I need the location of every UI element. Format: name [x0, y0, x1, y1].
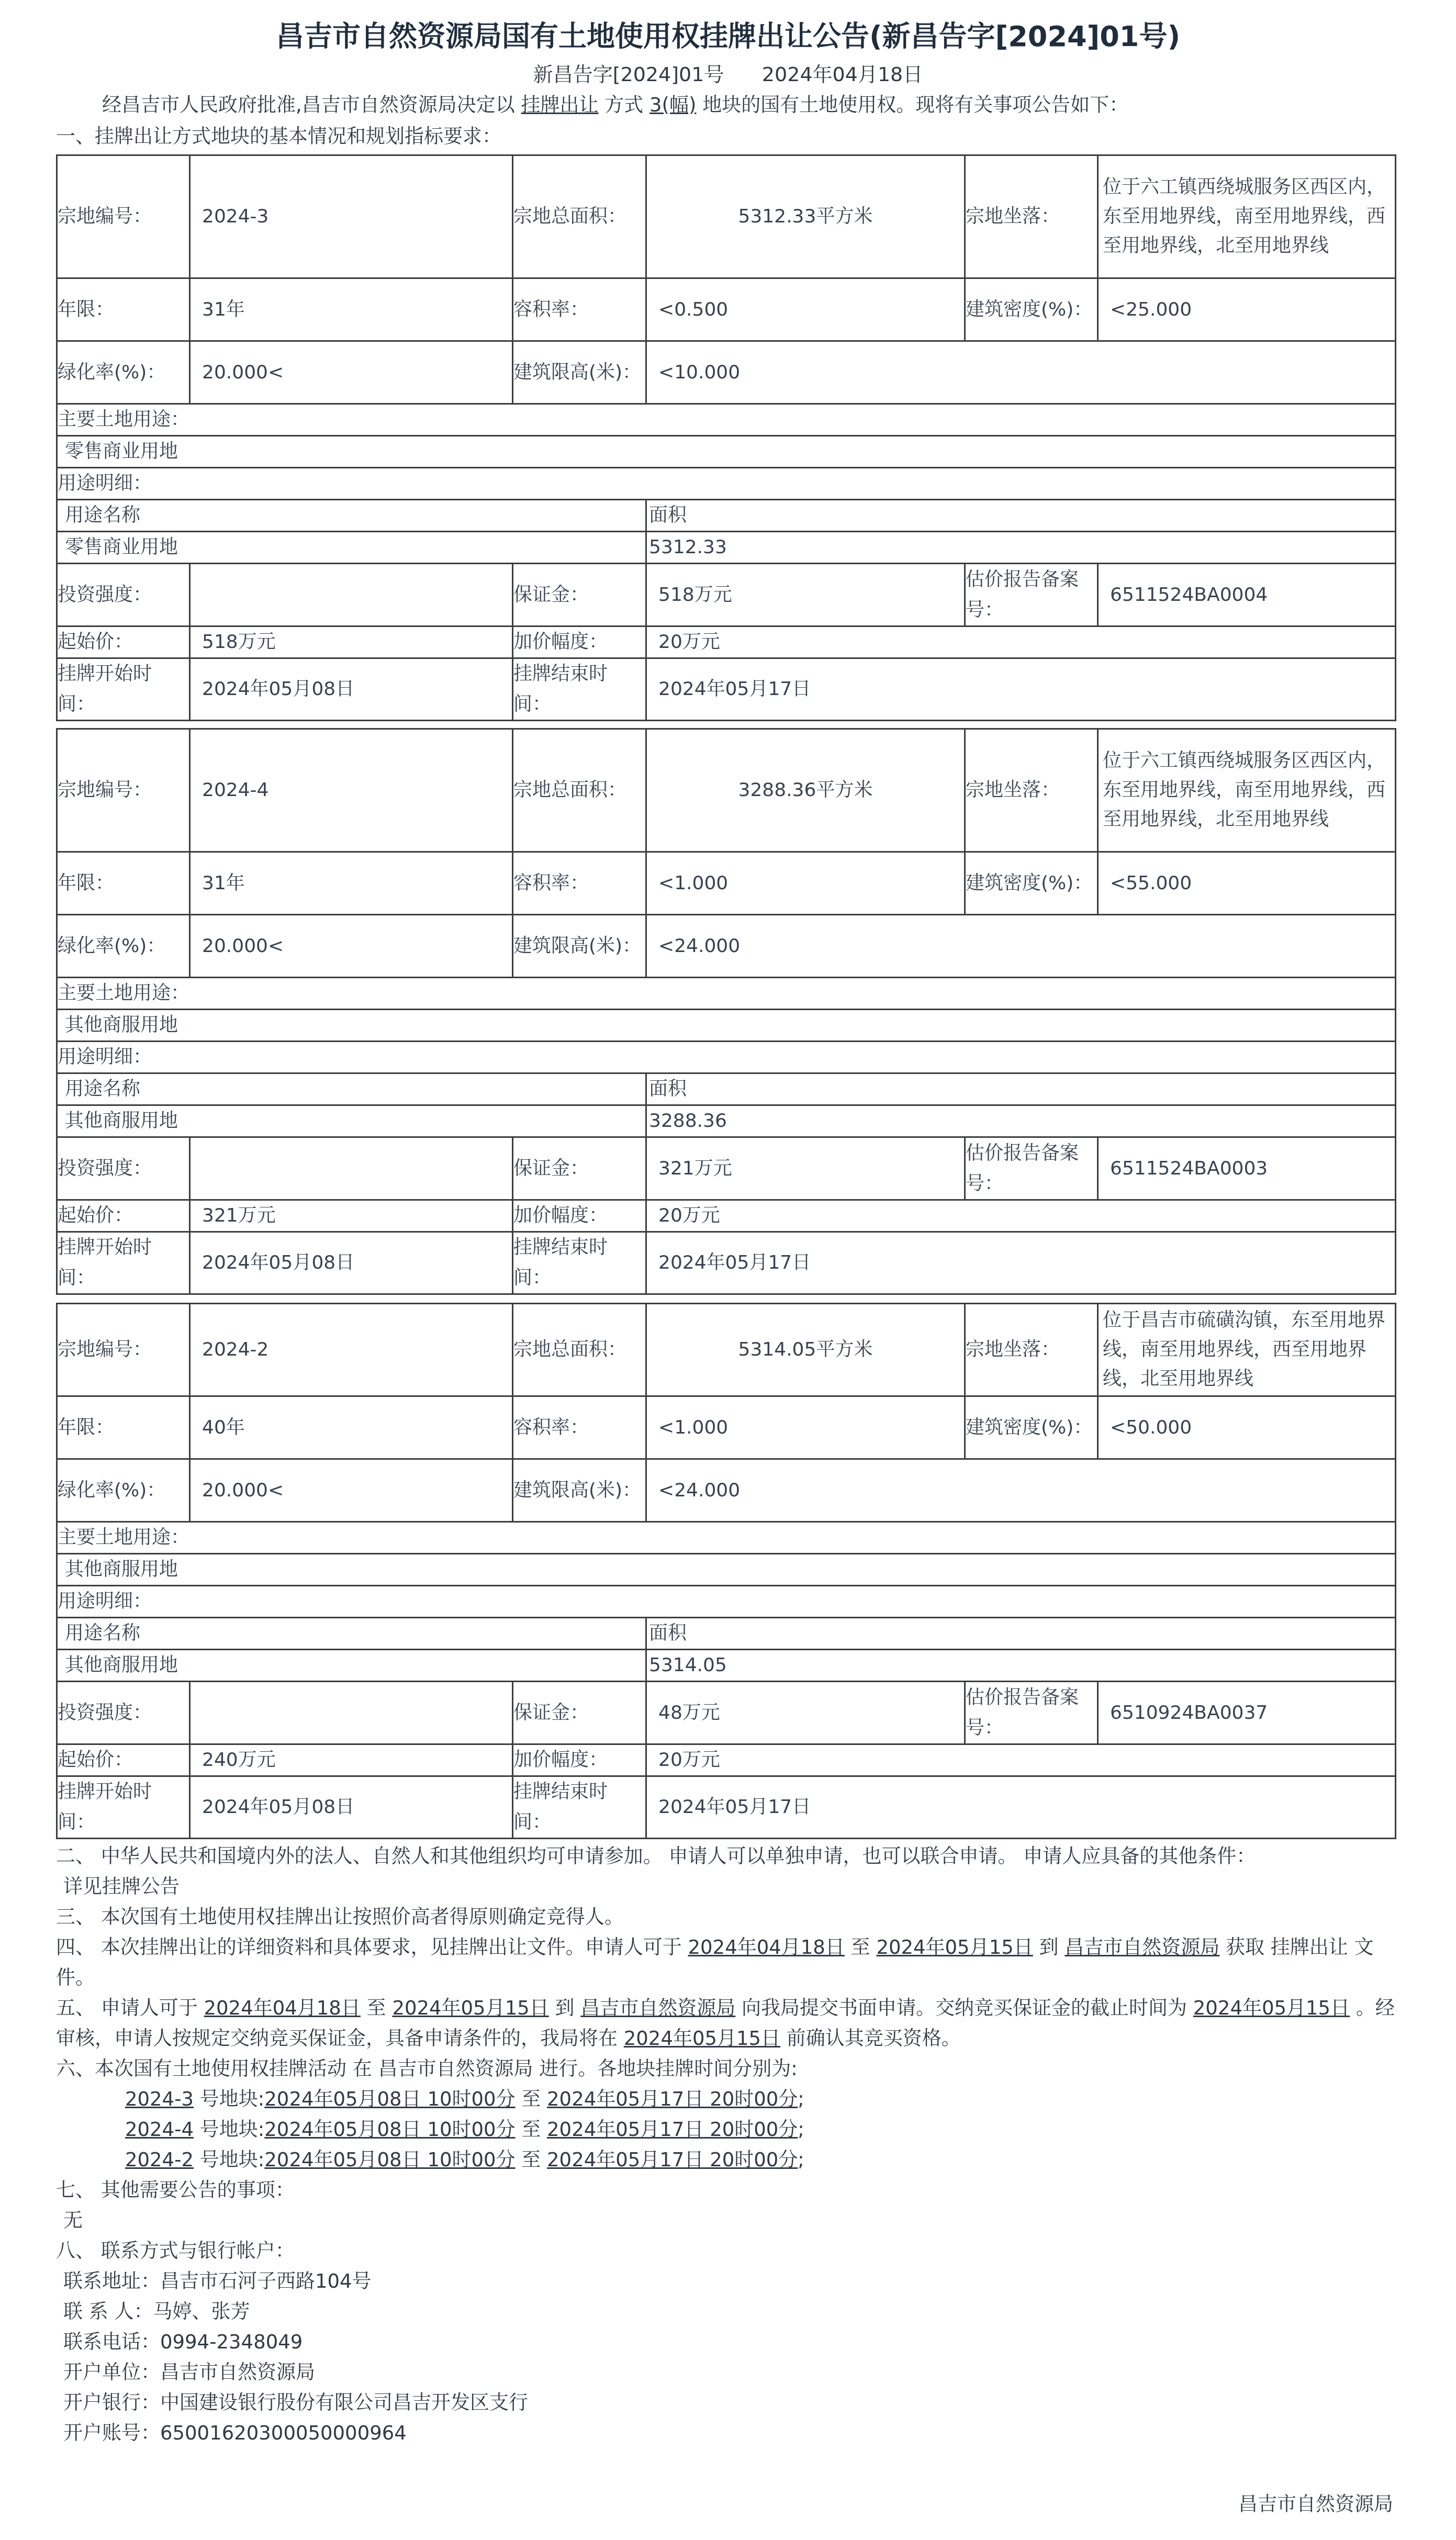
use-area: 3288.36	[646, 1105, 1396, 1137]
text: 至	[516, 2088, 547, 2110]
main-use-label: 主要土地用途：	[57, 1522, 1396, 1554]
page-title: 昌吉市自然资源局国有土地使用权挂牌出让公告(新昌告字[2024]01号)	[0, 16, 1456, 58]
section-8: 八、 联系方式与银行帐户：	[56, 2236, 1396, 2266]
parcel-link[interactable]: 2024-2	[125, 2149, 194, 2171]
text: 号地块:	[194, 2149, 264, 2171]
investment-intensity-label: 投资强度：	[57, 564, 190, 626]
main-use: 其他商服用地	[57, 1554, 1396, 1586]
intro-paragraph: 经昌吉市人民政府批准,昌吉市自然资源局决定以 挂牌出让 方式 3(幅) 地块的国…	[56, 90, 1396, 120]
building-density-label: 建筑密度(%)：	[965, 278, 1098, 341]
use-name: 其他商服用地	[57, 1105, 646, 1137]
date-link[interactable]: 2024年05月15日	[392, 1997, 548, 2019]
date-link[interactable]: 2024年05月15日	[1193, 1997, 1350, 2019]
use-detail-label: 用途明细：	[57, 1586, 1396, 1618]
text: 向我局提交书面申请。交纳竞买保证金的截止时间为	[735, 1997, 1193, 2019]
location: 位于昌吉市硫磺沟镇，东至用地界线，南至用地界线，西至用地界线，北至用地界线	[1098, 1304, 1396, 1396]
time-link[interactable]: 2024年05月17日 20时00分	[547, 2149, 798, 2171]
text: 到	[549, 1997, 581, 2019]
area-header: 面积	[646, 500, 1396, 532]
area-header: 面积	[646, 1618, 1396, 1650]
building-density: <55.000	[1098, 852, 1396, 915]
location: 位于六工镇西绕城服务区西区内，东至用地界线，南至用地界线，西至用地界线，北至用地…	[1098, 155, 1396, 278]
investment-intensity-label: 投资强度：	[57, 1137, 190, 1200]
text: 号地块:	[194, 2118, 264, 2141]
parcel-no: 2024-2	[190, 1304, 513, 1396]
use-name-header: 用途名称	[57, 1073, 646, 1105]
contact-phone: 联系电话：0994-2348049	[56, 2327, 1396, 2357]
parcel-no: 2024-4	[190, 729, 513, 852]
text: ;	[798, 2118, 804, 2141]
deposit: 48万元	[646, 1682, 965, 1744]
listing-end: 2024年05月17日	[646, 1232, 1396, 1294]
deposit-label: 保证金：	[513, 564, 646, 626]
investment-intensity-label: 投资强度：	[57, 1682, 190, 1744]
height-limit-label: 建筑限高(米)：	[513, 341, 646, 404]
location-label: 宗地坐落：	[965, 1304, 1098, 1396]
parcel-no-label: 宗地编号：	[57, 1304, 190, 1396]
location: 位于六工镇西绕城服务区西区内，东至用地界线，南至用地界线，西至用地界线，北至用地…	[1098, 729, 1396, 852]
listing-end-label: 挂牌结束时间：	[513, 1232, 646, 1294]
text: 四、 本次挂牌出让的详细资料和具体要求，见挂牌出让文件。申请人可于	[56, 1936, 688, 1959]
listing-start-label: 挂牌开始时间：	[57, 1776, 190, 1839]
text: 五、 申请人可于	[56, 1997, 204, 2019]
sections-2-to-8: 二、 中华人民共和国境内外的法人、自然人和其他组织均可申请参加。 申请人可以单独…	[56, 1841, 1396, 2448]
schedule-row: 2024-2 号地块:2024年05月08日 10时00分 至 2024年05月…	[56, 2145, 1396, 2175]
text: ;	[798, 2149, 804, 2171]
use-name-header: 用途名称	[57, 500, 646, 532]
location-label: 宗地坐落：	[965, 155, 1098, 278]
intro-text: 地块的国有土地使用权。现将有关事项公告如下：	[696, 94, 1128, 116]
intro-text: 方式	[599, 94, 650, 116]
use-name: 零售商业用地	[57, 532, 646, 564]
appraisal-no-label: 估价报告备案号：	[965, 564, 1098, 626]
term-label: 年限：	[57, 278, 190, 341]
place-link[interactable]: 昌吉市自然资源局	[580, 1997, 735, 2019]
appraisal-no-label: 估价报告备案号：	[965, 1137, 1098, 1200]
section-4: 四、 本次挂牌出让的详细资料和具体要求，见挂牌出让文件。申请人可于 2024年0…	[56, 1932, 1396, 1993]
term-label: 年限：	[57, 1396, 190, 1459]
section-2-detail: 详见挂牌公告	[56, 1872, 1396, 1902]
area-header: 面积	[646, 1073, 1396, 1105]
text: 至	[516, 2118, 547, 2141]
time-link[interactable]: 2024年05月08日 10时00分	[264, 2088, 515, 2110]
main-use: 零售商业用地	[57, 436, 1396, 468]
deposit-label: 保证金：	[513, 1137, 646, 1200]
section-1-heading: 一、挂牌出让方式地块的基本情况和规划指标要求：	[56, 121, 501, 152]
main-use-label: 主要土地用途：	[57, 978, 1396, 1010]
text: 号地块:	[194, 2088, 264, 2110]
increment-label: 加价幅度：	[513, 1744, 646, 1776]
use-detail-label: 用途明细：	[57, 1042, 1396, 1073]
start-price-label: 起始价：	[57, 626, 190, 658]
signature: 昌吉市自然资源局	[1238, 2489, 1393, 2520]
appraisal-no: 6511524BA0004	[1098, 564, 1396, 626]
use-detail-label: 用途明细：	[57, 468, 1396, 500]
listing-end-label: 挂牌结束时间：	[513, 1776, 646, 1839]
schedule-row: 2024-4 号地块:2024年05月08日 10时00分 至 2024年05月…	[56, 2114, 1396, 2145]
date-link[interactable]: 2024年05月15日	[876, 1936, 1033, 1959]
start-price: 240万元	[190, 1744, 513, 1776]
date-link[interactable]: 2024年05月15日	[624, 2027, 780, 2050]
height-limit: <10.000	[646, 341, 1396, 404]
term: 31年	[190, 852, 513, 915]
listing-start: 2024年05月08日	[190, 1776, 513, 1839]
total-area-label: 宗地总面积：	[513, 155, 646, 278]
total-area-label: 宗地总面积：	[513, 729, 646, 852]
total-area-label: 宗地总面积：	[513, 1304, 646, 1396]
text: 至	[516, 2149, 547, 2171]
schedule-row: 2024-3 号地块:2024年05月08日 10时00分 至 2024年05月…	[56, 2084, 1396, 2114]
increment: 20万元	[646, 1200, 1396, 1232]
increment: 20万元	[646, 1744, 1396, 1776]
section-6: 六、本次国有土地使用权挂牌活动 在 昌吉市自然资源局 进行。各地块挂牌时间分别为…	[56, 2054, 1396, 2084]
deposit: 518万元	[646, 564, 965, 626]
total-area: 5314.05平方米	[646, 1304, 965, 1396]
parcel-table: 宗地编号： 2024-3 宗地总面积： 5312.33平方米 宗地坐落： 位于六…	[56, 154, 1396, 721]
listing-start: 2024年05月08日	[190, 1232, 513, 1294]
height-limit: <24.000	[646, 1459, 1396, 1522]
intro-text: 经昌吉市人民政府批准,昌吉市自然资源局决定以	[102, 94, 521, 116]
deposit-label: 保证金：	[513, 1682, 646, 1744]
green-rate-label: 绿化率(%)：	[57, 1459, 190, 1522]
listing-end-label: 挂牌结束时间：	[513, 658, 646, 721]
listing-end: 2024年05月17日	[646, 658, 1396, 721]
building-density-label: 建筑密度(%)：	[965, 1396, 1098, 1459]
date-link[interactable]: 2024年04月18日	[204, 1997, 361, 2019]
listing-end: 2024年05月17日	[646, 1776, 1396, 1839]
section-3: 三、 本次国有土地使用权挂牌出让按照价高者得原则确定竞得人。	[56, 1902, 1396, 1932]
parcel-count: 3(幅)	[649, 94, 696, 116]
use-name: 其他商服用地	[57, 1650, 646, 1682]
listing-start-label: 挂牌开始时间：	[57, 1232, 190, 1294]
doc-number-and-date: 新昌告字[2024]01号 2024年04月18日	[0, 59, 1456, 90]
listing-start: 2024年05月08日	[190, 658, 513, 721]
time-link[interactable]: 2024年05月08日 10时00分	[264, 2118, 515, 2141]
building-density-label: 建筑密度(%)：	[965, 852, 1098, 915]
section-7: 七、 其他需要公告的事项：	[56, 2175, 1396, 2206]
time-link[interactable]: 2024年05月17日 20时00分	[547, 2118, 798, 2141]
total-area: 5312.33平方米	[646, 155, 965, 278]
parcel-table: 宗地编号： 2024-4 宗地总面积： 3288.36平方米 宗地坐落： 位于六…	[56, 728, 1396, 1295]
start-price: 321万元	[190, 1200, 513, 1232]
account-bank: 开户银行：中国建设银行股份有限公司昌吉开发区支行	[56, 2388, 1396, 2418]
green-rate-label: 绿化率(%)：	[57, 341, 190, 404]
main-use: 其他商服用地	[57, 1010, 1396, 1042]
plot-ratio-label: 容积率：	[513, 1396, 646, 1459]
location-label: 宗地坐落：	[965, 729, 1098, 852]
time-link[interactable]: 2024年05月08日 10时00分	[264, 2149, 515, 2171]
appraisal-no-label: 估价报告备案号：	[965, 1682, 1098, 1744]
text: ;	[798, 2088, 804, 2110]
parcel-table: 宗地编号： 2024-2 宗地总面积： 5314.05平方米 宗地坐落： 位于昌…	[56, 1303, 1396, 1839]
text: 至	[845, 1936, 877, 1959]
listing-start-label: 挂牌开始时间：	[57, 658, 190, 721]
start-price: 518万元	[190, 626, 513, 658]
text: 至	[361, 1997, 393, 2019]
investment-intensity	[190, 564, 513, 626]
height-limit: <24.000	[646, 915, 1396, 978]
account-number: 开户账号：65001620300050000964	[56, 2418, 1396, 2448]
term: 31年	[190, 278, 513, 341]
use-name-header: 用途名称	[57, 1618, 646, 1650]
contact-address: 联系地址：昌吉市石河子西路104号	[56, 2266, 1396, 2297]
green-rate: 20.000<	[190, 341, 513, 404]
appraisal-no: 6510924BA0037	[1098, 1682, 1396, 1744]
plot-ratio-label: 容积率：	[513, 278, 646, 341]
green-rate-label: 绿化率(%)：	[57, 915, 190, 978]
use-area: 5312.33	[646, 532, 1396, 564]
investment-intensity	[190, 1682, 513, 1744]
account-holder: 开户单位：昌吉市自然资源局	[56, 2357, 1396, 2388]
section-5: 五、 申请人可于 2024年04月18日 至 2024年05月15日 到 昌吉市…	[56, 1993, 1396, 2054]
term-label: 年限：	[57, 852, 190, 915]
deposit: 321万元	[646, 1137, 965, 1200]
term: 40年	[190, 1396, 513, 1459]
start-price-label: 起始价：	[57, 1744, 190, 1776]
height-limit-label: 建筑限高(米)：	[513, 915, 646, 978]
plot-ratio: <1.000	[646, 852, 965, 915]
plot-ratio-label: 容积率：	[513, 852, 646, 915]
parcel-no: 2024-3	[190, 155, 513, 278]
section-7-detail: 无	[56, 2206, 1396, 2236]
building-density: <25.000	[1098, 278, 1396, 341]
date-link[interactable]: 2024年04月18日	[688, 1936, 845, 1959]
place-link[interactable]: 昌吉市自然资源局	[1065, 1936, 1219, 1959]
parcel-no-label: 宗地编号：	[57, 155, 190, 278]
parcel-no-label: 宗地编号：	[57, 729, 190, 852]
green-rate: 20.000<	[190, 915, 513, 978]
text: 前确认其竞买资格。	[780, 2027, 961, 2050]
plot-ratio: <1.000	[646, 1396, 965, 1459]
section-2: 二、 中华人民共和国境内外的法人、自然人和其他组织均可申请参加。 申请人可以单独…	[56, 1841, 1396, 1872]
start-price-label: 起始价：	[57, 1200, 190, 1232]
building-density: <50.000	[1098, 1396, 1396, 1459]
contact-person: 联 系 人：马婷、张芳	[56, 2297, 1396, 2327]
increment: 20万元	[646, 626, 1396, 658]
investment-intensity	[190, 1137, 513, 1200]
parcel-link[interactable]: 2024-4	[125, 2118, 194, 2141]
time-link[interactable]: 2024年05月17日 20时00分	[547, 2088, 798, 2110]
parcel-link[interactable]: 2024-3	[125, 2088, 194, 2110]
main-use-label: 主要土地用途：	[57, 404, 1396, 436]
plot-ratio: <0.500	[646, 278, 965, 341]
use-area: 5314.05	[646, 1650, 1396, 1682]
text: 到	[1033, 1936, 1065, 1959]
increment-label: 加价幅度：	[513, 626, 646, 658]
transfer-method-link[interactable]: 挂牌出让	[521, 94, 599, 116]
total-area: 3288.36平方米	[646, 729, 965, 852]
green-rate: 20.000<	[190, 1459, 513, 1522]
height-limit-label: 建筑限高(米)：	[513, 1459, 646, 1522]
increment-label: 加价幅度：	[513, 1200, 646, 1232]
appraisal-no: 6511524BA0003	[1098, 1137, 1396, 1200]
